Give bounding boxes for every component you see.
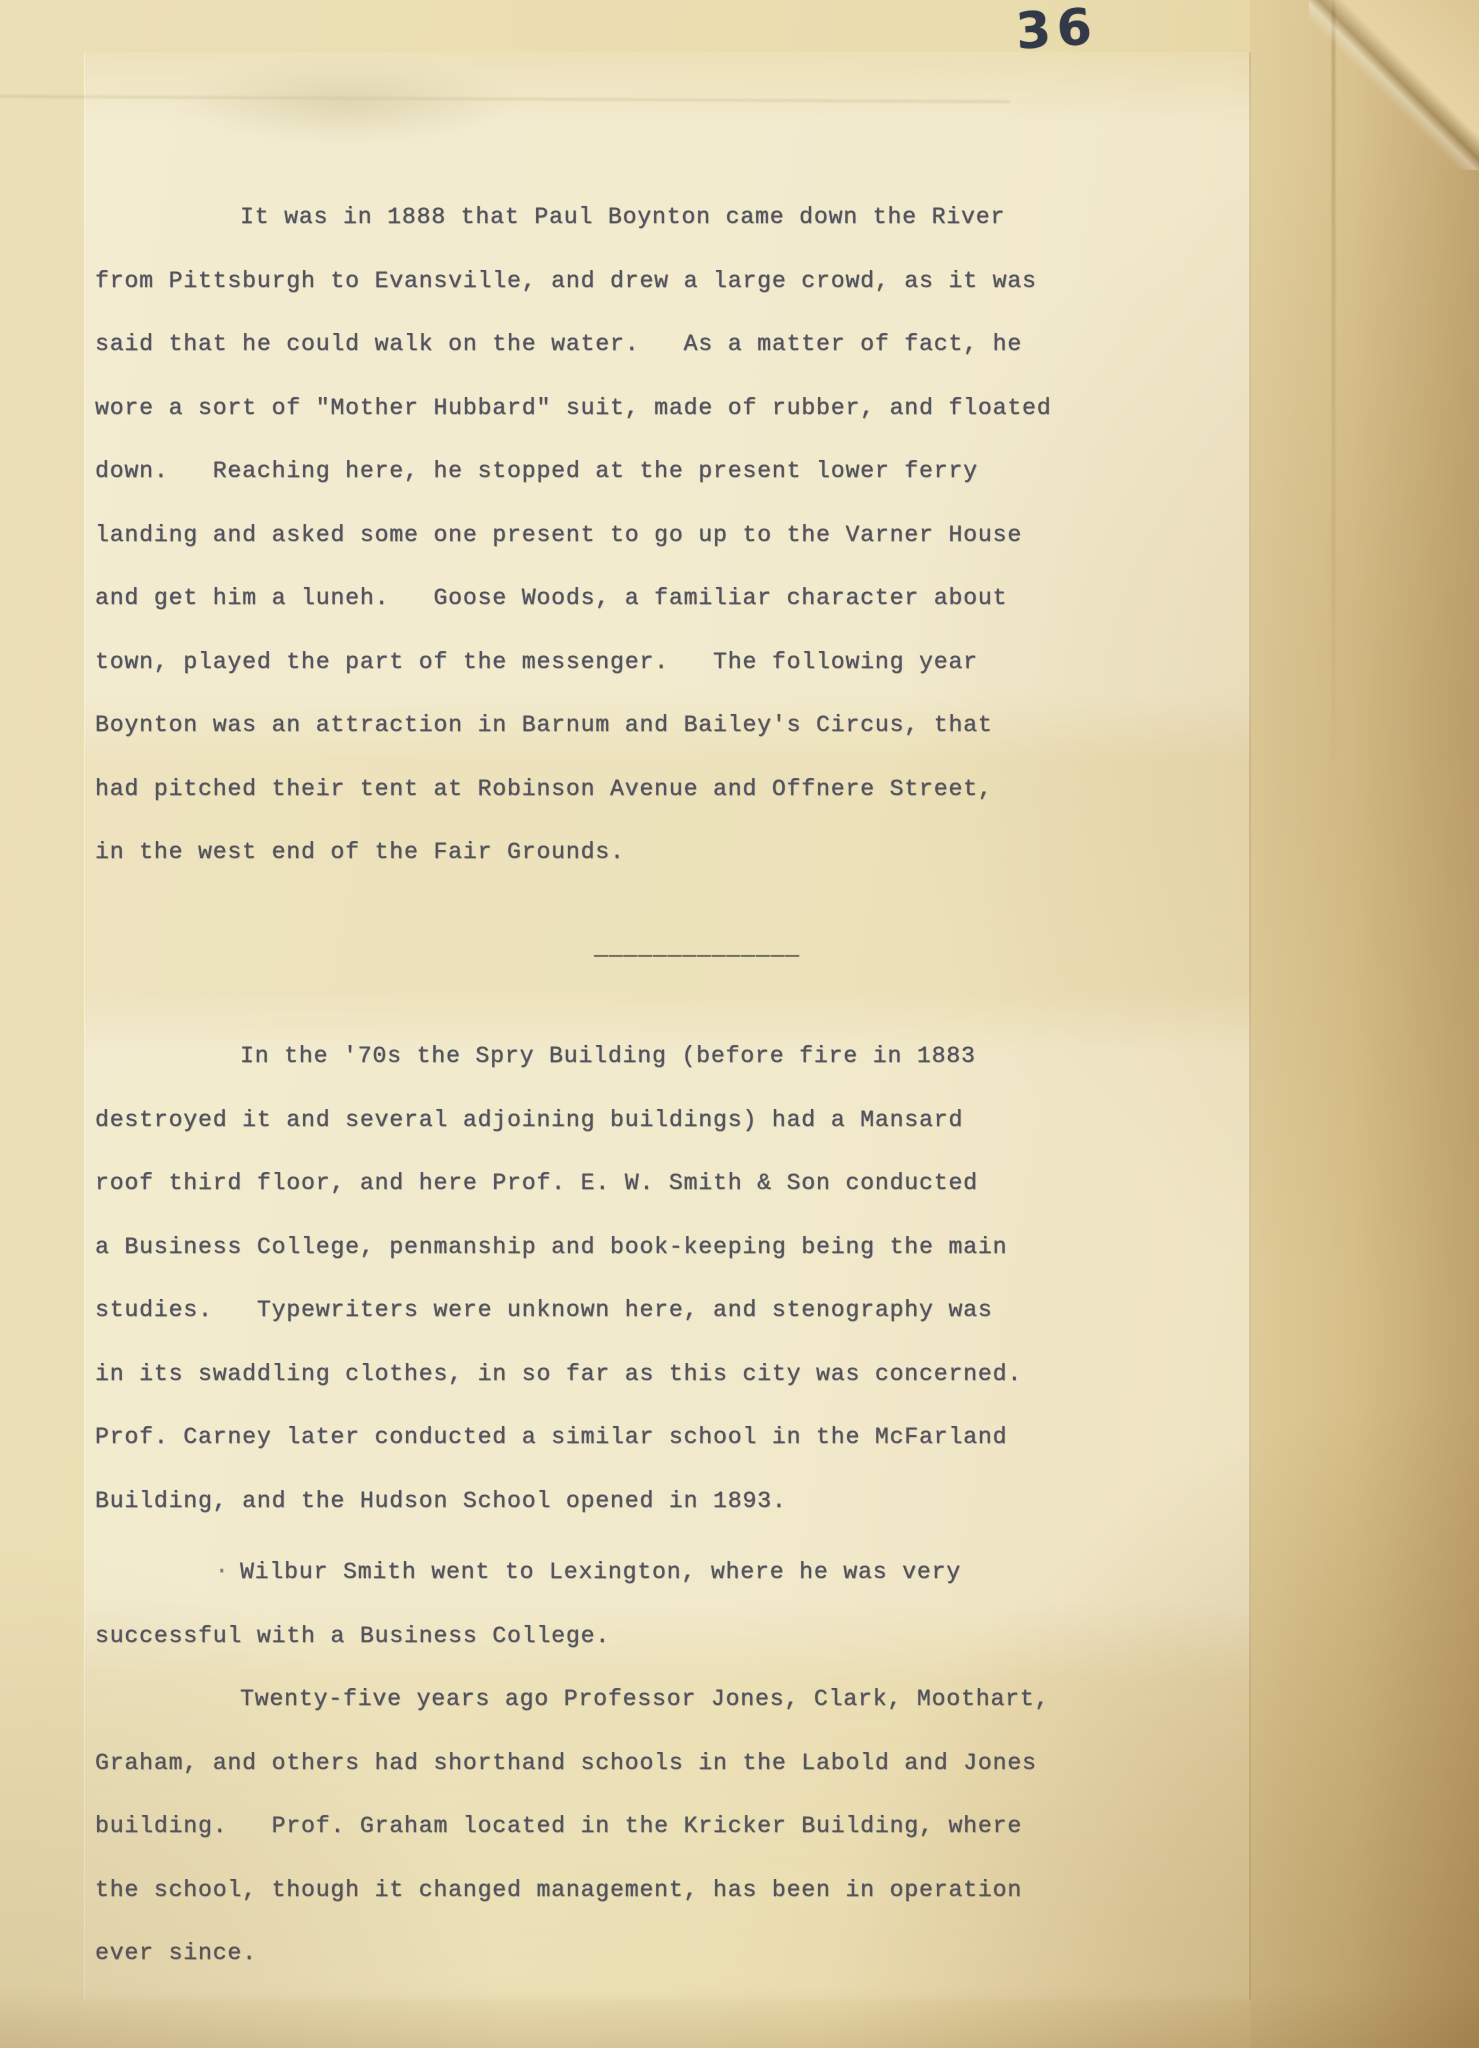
text-line: a Business College, penmanship and book-…: [95, 1216, 1075, 1280]
paper-stain: [175, 62, 515, 142]
text-line: successful with a Business College.: [95, 1605, 1075, 1669]
text-line: and get him a luneh. Goose Woods, a fami…: [95, 567, 1075, 631]
section-divider: ______________: [594, 935, 800, 961]
text-line: town, played the part of the messenger. …: [95, 631, 1075, 695]
text-line: Twenty-five years ago Professor Jones, C…: [95, 1668, 1075, 1732]
backing-paper-edge: [1250, 0, 1479, 2048]
text-line: It was in 1888 that Paul Boynton came do…: [95, 186, 1075, 250]
handwritten-page-number: 36: [1014, 0, 1099, 61]
paragraph-spry-building: In the '70s the Spry Building (before fi…: [95, 1025, 1075, 1533]
text-line: In the '70s the Spry Building (before fi…: [95, 1025, 1075, 1089]
text-line: Building, and the Hudson School opened i…: [95, 1470, 1075, 1534]
text-line: building. Prof. Graham located in the Kr…: [95, 1795, 1075, 1859]
document-page: 36 It was in 1888 that Paul Boynton came…: [0, 0, 1479, 2048]
text-line: destroyed it and several adjoining build…: [95, 1089, 1075, 1153]
text-line: from Pittsburgh to Evansville, and drew …: [95, 250, 1075, 314]
text-line: in the west end of the Fair Grounds.: [95, 821, 1075, 885]
text-line: landing and asked some one present to go…: [95, 504, 1075, 568]
text-line: Prof. Carney later conducted a similar s…: [95, 1406, 1075, 1470]
text-line: Graham, and others had shorthand schools…: [95, 1732, 1075, 1796]
text-line: roof third floor, and here Prof. E. W. S…: [95, 1152, 1075, 1216]
paragraph-wilbur-smith: Wilbur Smith went to Lexington, where he…: [95, 1541, 1075, 1668]
paragraph-boynton: It was in 1888 that Paul Boynton came do…: [95, 186, 1075, 885]
text-line: wore a sort of "Mother Hubbard" suit, ma…: [95, 377, 1075, 441]
page-corner-fold: [1309, 0, 1479, 170]
text-line: in its swaddling clothes, in so far as t…: [95, 1343, 1075, 1407]
text-line: down. Reaching here, he stopped at the p…: [95, 440, 1075, 504]
text-line: said that he could walk on the water. As…: [95, 313, 1075, 377]
text-line: studies. Typewriters were unknown here, …: [95, 1279, 1075, 1343]
text-line: ever since.: [95, 1922, 1075, 1986]
text-line: had pitched their tent at Robinson Avenu…: [95, 758, 1075, 822]
text-line: Wilbur Smith went to Lexington, where he…: [95, 1541, 1075, 1605]
paragraph-shorthand-schools: Twenty-five years ago Professor Jones, C…: [95, 1668, 1075, 1986]
text-line: the school, though it changed management…: [95, 1859, 1075, 1923]
text-line: Boynton was an attraction in Barnum and …: [95, 694, 1075, 758]
